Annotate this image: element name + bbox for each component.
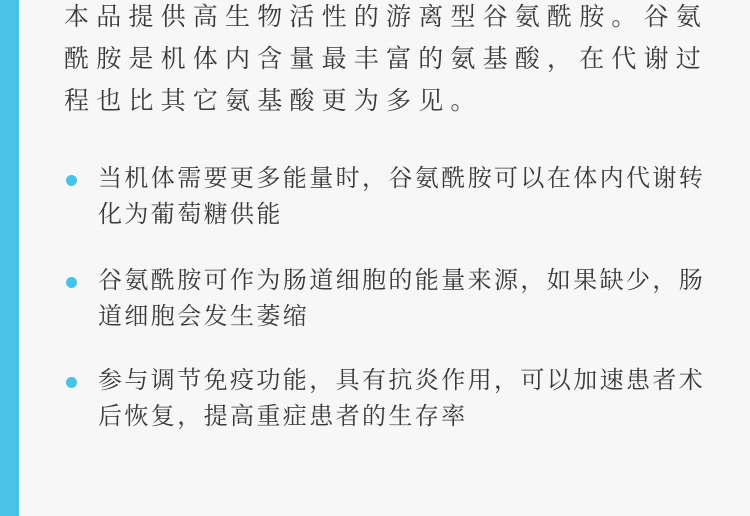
bullet-dot-icon <box>66 377 77 388</box>
benefit-list: 当机体需要更多能量时，谷氨酰胺可以在体内代谢转化为葡萄糖供能 谷氨酰胺可作为肠道… <box>64 160 724 464</box>
bullet-dot-icon <box>66 175 77 186</box>
list-item-text: 谷氨酰胺可作为肠道细胞的能量来源，如果缺少，肠道细胞会发生萎缩 <box>98 266 705 330</box>
list-item: 谷氨酰胺可作为肠道细胞的能量来源，如果缺少，肠道细胞会发生萎缩 <box>64 262 724 334</box>
intro-paragraph: 本品提供高生物活性的游离型谷氨酰胺。谷氨酰胺是机体内含量最丰富的氨基酸，在代谢过… <box>64 0 724 122</box>
bullet-dot-icon <box>66 277 77 288</box>
list-item: 参与调节免疫功能，具有抗炎作用，可以加速患者术后恢复，提高重症患者的生存率 <box>64 362 724 434</box>
list-item-text: 当机体需要更多能量时，谷氨酰胺可以在体内代谢转化为葡萄糖供能 <box>98 164 705 228</box>
list-item: 当机体需要更多能量时，谷氨酰胺可以在体内代谢转化为葡萄糖供能 <box>64 160 724 232</box>
accent-side-bar <box>0 0 19 516</box>
list-item-text: 参与调节免疫功能，具有抗炎作用，可以加速患者术后恢复，提高重症患者的生存率 <box>98 366 705 430</box>
